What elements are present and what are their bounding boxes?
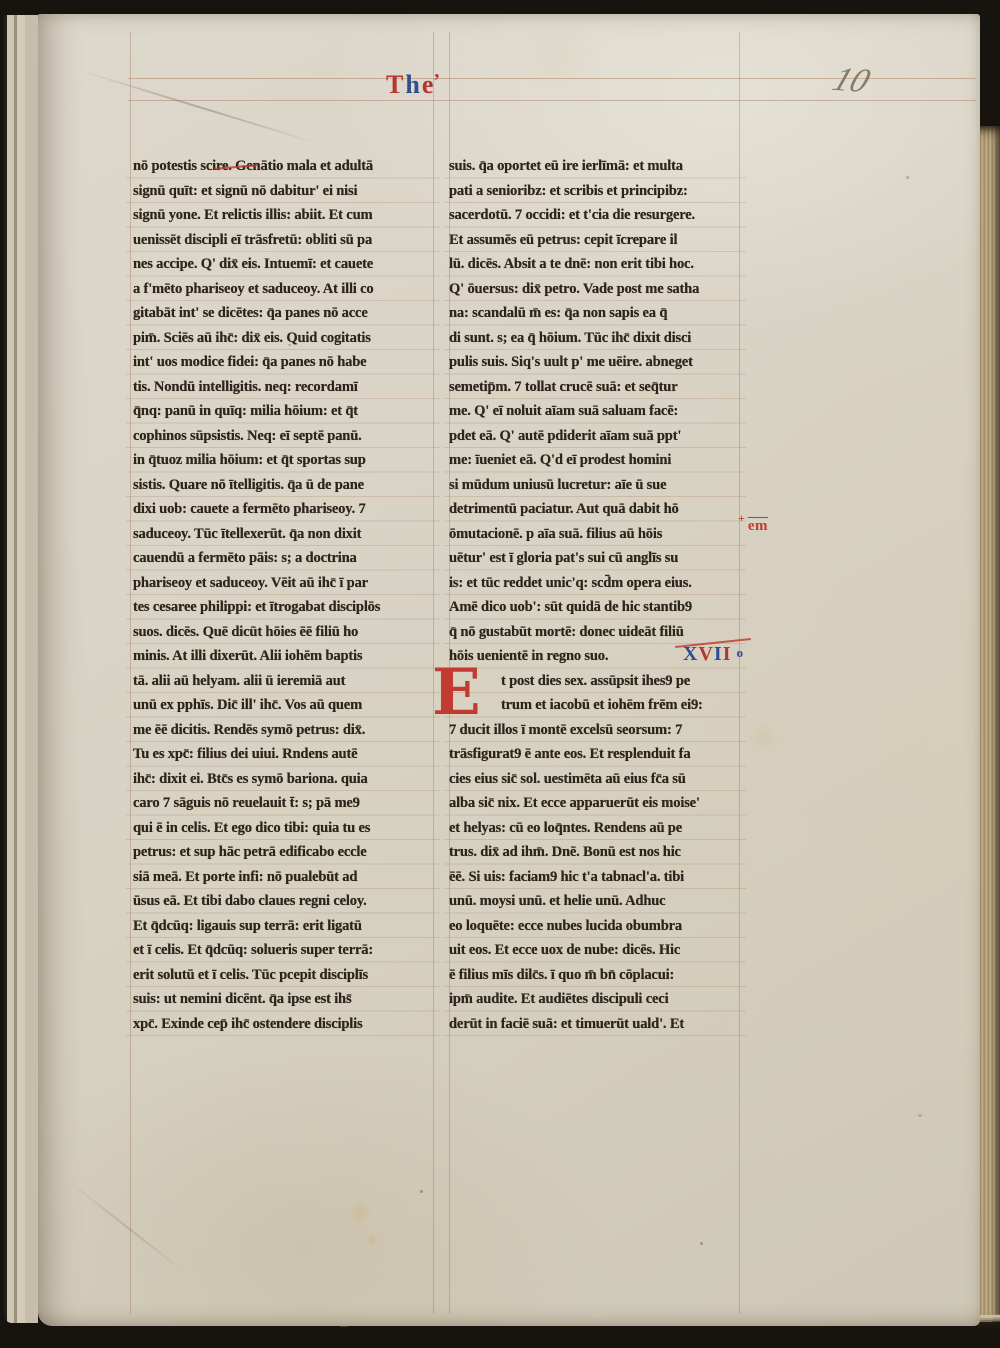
manuscript-text-line: derūt in faciē suā: et timuerūt uald'. E… bbox=[449, 1012, 747, 1037]
running-title-letter: h bbox=[405, 70, 421, 99]
manuscript-text-line: phariseoy et saduceoy. Vēit aū ihc̄ ī pa… bbox=[133, 571, 437, 596]
manuscript-text-line: cophinos sūpsistis. Neq: eī septē panū. bbox=[133, 424, 437, 449]
folio-number: 10 bbox=[827, 61, 874, 101]
manuscript-text-line: int' uos modice fidei: q̄a panes nō habe bbox=[133, 350, 437, 375]
manuscript-text-line: ihc̄: dixit ei. Btc̄s es symō bariona. q… bbox=[133, 767, 437, 792]
manuscript-text-line: et ī celis. Et q̄dcūq: solueris super te… bbox=[133, 938, 437, 963]
book-fore-edge bbox=[978, 126, 1000, 1328]
manuscript-text-line: signū yone. Et relictis illis: abiit. Et… bbox=[133, 203, 437, 228]
manuscript-text-line: ōmutacionē. p aīa suā. filius aū hōis bbox=[449, 522, 747, 547]
manuscript-text-line: Tu es xpc̄: filius dei uiui. Rndens autē bbox=[133, 742, 437, 767]
manuscript-text-line: uētur' est ī gloria pat's sui cū anglīs … bbox=[449, 546, 747, 571]
manuscript-text-line: semetip̄m. 7 tollat crucē suā: et seq̄tu… bbox=[449, 375, 747, 400]
manuscript-text-line: erit solutū et ī celis. Tūc pcepit disci… bbox=[133, 963, 437, 988]
manuscript-text-line: Amē dico uob': sūt quidā de hic stantib9 bbox=[449, 595, 747, 620]
manuscript-text-line: q̄ nō gustabūt mortē: donec uideāt filiū bbox=[449, 620, 747, 645]
manuscript-text-line: me. Q' eī noluit aīam suā saluam facē: bbox=[449, 399, 747, 424]
parchment-fleck bbox=[700, 1242, 703, 1245]
chapter-number-flourish: o bbox=[737, 645, 745, 660]
parchment-fleck bbox=[918, 1114, 922, 1117]
manuscript-text-line: tis. Nondū intelligitis. neq: recordamī bbox=[133, 375, 437, 400]
manuscript-text-line: eo loquēte: ecce nubes lucida obumbra bbox=[449, 914, 747, 939]
manuscript-text-line: cies eius sic̄ sol. uestimēta aū eius fc… bbox=[449, 767, 747, 792]
manuscript-text-line: saduceoy. Tūc ītellexerūt. q̄a non dixit bbox=[133, 522, 437, 547]
manuscript-text-line: ūsus eā. Et tibi dabo claues regni celoy… bbox=[133, 889, 437, 914]
parchment-fleck bbox=[288, 344, 291, 346]
parchment-crease bbox=[79, 69, 319, 144]
manuscript-text-line: sacerdotū. 7 occidi: et t'cia die resurg… bbox=[449, 203, 747, 228]
manuscript-text-line: me ēē dicitis. Rendēs symō petrus: dix̄. bbox=[133, 718, 437, 743]
manuscript-photo: { "folio_number": "10", "running_title":… bbox=[0, 0, 1000, 1348]
chapter-number-xvii: XVIIo bbox=[683, 643, 744, 669]
manuscript-text-line: suis. q̄a oportet eū ire ierlīmā: et mul… bbox=[449, 154, 747, 179]
marginal-correction-note: +em bbox=[738, 511, 768, 535]
running-title-flourish: ’ bbox=[433, 70, 442, 92]
manuscript-text-line: trus. dix̄ ad ihm̄. Dnē. Bonū est nos hi… bbox=[449, 840, 747, 865]
manuscript-text-line: 7 ducit illos ī montē excelsū seorsum: 7 bbox=[449, 718, 747, 743]
manuscript-text-line: t post dies sex. assūpsit ihes9 pe bbox=[449, 669, 747, 694]
manuscript-text-line: pim̄. Sciēs aū ihc̄: dix̄ eis. Quid cogi… bbox=[133, 326, 437, 351]
manuscript-text-line: na: scandalū m̄ es: q̄a non sapis ea q̄ bbox=[449, 301, 747, 326]
chapter-number-letter: V bbox=[698, 643, 713, 665]
manuscript-text-line: detrimentū paciatur. Aut quā dabit hō bbox=[449, 497, 747, 522]
manuscript-text-line: pati a senioribz: et scribis et principi… bbox=[449, 179, 747, 204]
text-column-1: nō potestis scire. Genātio mala et adult… bbox=[133, 154, 437, 1036]
running-title: The’ bbox=[386, 70, 442, 104]
manuscript-text-line: alba sic̄ nix. Et ecce apparuerūt eis mo… bbox=[449, 791, 747, 816]
manuscript-text-line: nō potestis scire. Genātio mala et adult… bbox=[133, 154, 437, 179]
manuscript-text-line: unū. moysi unū. et helie unū. Adhuc bbox=[449, 889, 747, 914]
manuscript-text-line: pulis suis. Siq's uult p' me uēire. abne… bbox=[449, 350, 747, 375]
manuscript-text-line: Et assumēs eū petrus: cepit īcrepare il bbox=[449, 228, 747, 253]
manuscript-text-line: caro 7 sāguis nō reuelauit t̄: s; pā me9 bbox=[133, 791, 437, 816]
manuscript-text-line: cauendū a fermēto pāis: s; a doctrina bbox=[133, 546, 437, 571]
chapter-number-letter: I bbox=[723, 643, 732, 665]
manuscript-text-line: in q̄tuoz milia hōium: et q̄t sportas su… bbox=[133, 448, 437, 473]
manuscript-text-line: lū. dicēs. Absit a te dnē: non erit tibi… bbox=[449, 252, 747, 277]
manuscript-text-line: siā meā. Et porte infi: nō pualebūt ad bbox=[133, 865, 437, 890]
manuscript-text-line: ipm̄ audite. Et audiētes discipuli ceci bbox=[449, 987, 747, 1012]
manuscript-text-line: me: īueniet eā. Q'd eī prodest homini bbox=[449, 448, 747, 473]
manuscript-text-line: uit eos. Et ecce uox de nube: dicēs. Hic bbox=[449, 938, 747, 963]
text-column-2: suis. q̄a oportet eū ire ierlīmā: et mul… bbox=[449, 154, 747, 1036]
manuscript-page: The’ 10 nō potestis scire. Genātio mala … bbox=[38, 14, 980, 1326]
manuscript-text-line: suos. dicēs. Quē dicūt hōies ēē filiū ho bbox=[133, 620, 437, 645]
manuscript-text-line: qui ē in celis. Et ego dico tibi: quia t… bbox=[133, 816, 437, 841]
manuscript-text-line: ēē. Si uis: faciam9 hic t'a tabnacl'a. t… bbox=[449, 865, 747, 890]
marginal-note-text: em bbox=[748, 518, 768, 534]
manuscript-text-line: unū ex pphīs. Dic̄ ill' ihc̄. Vos aū que… bbox=[133, 693, 437, 718]
manuscript-text-line: et helyas: cū eo loq̄ntes. Rendens aū pe bbox=[449, 816, 747, 841]
manuscript-text-line: trāsfigurat9 ē ante eos. Et resplenduit … bbox=[449, 742, 747, 767]
running-title-letter: T bbox=[386, 70, 405, 99]
manuscript-text-line: di sunt. s; ea q̄ hōium. Tūc ihc̄ dixit … bbox=[449, 326, 747, 351]
manuscript-text-line: sistis. Quare nō ītelligitis. q̄a ū de p… bbox=[133, 473, 437, 498]
manuscript-text-line: gitabāt int' se dicētes: q̄a panes nō ac… bbox=[133, 301, 437, 326]
parchment-fleck bbox=[420, 1190, 423, 1193]
manuscript-text-line: ē filius mīs dilc̄s. ī quo m̄ bn̄ cōplac… bbox=[449, 963, 747, 988]
manuscript-text-line: xpc̄. Exinde cep̄ ihc̄ ostendere discipl… bbox=[133, 1012, 437, 1037]
manuscript-text-line: signū quīt: et signū nō dabitur' ei nisi bbox=[133, 179, 437, 204]
manuscript-text-line: Q' ōuersus: dix̄ petro. Vade post me sat… bbox=[449, 277, 747, 302]
manuscript-text-line: nes accipe. Q' dix̄ eis. Intuemī: et cau… bbox=[133, 252, 437, 277]
chapter-number-letter: I bbox=[714, 643, 723, 665]
manuscript-text-line: uenissēt discipli eī trāsfretū: obliti s… bbox=[133, 228, 437, 253]
manuscript-text-line: suis: ut nemini dicēnt. q̄a ipse est ihs… bbox=[133, 987, 437, 1012]
book-gutter-edge bbox=[4, 15, 38, 1323]
manuscript-text-line: a f'mēto phariseoy et saduceoy. At illi … bbox=[133, 277, 437, 302]
manuscript-text-line: q̄nq: panū in quīq: milia hōium: et q̄t bbox=[133, 399, 437, 424]
insertion-mark: + bbox=[738, 511, 745, 525]
ruling-horizontal-line bbox=[128, 100, 976, 101]
manuscript-text-line: pdet eā. Q' autē pdiderit aīam suā ppt' bbox=[449, 424, 747, 449]
manuscript-text-line: minis. At illi dixerūt. Alii iohēm bapti… bbox=[133, 644, 437, 669]
manuscript-text-line: si mūdum uniusū lucretur: aīe ū sue bbox=[449, 473, 747, 498]
manuscript-text-line: trum et iacobū et iohēm frēm ei9: bbox=[449, 693, 747, 718]
manuscript-text-line: petrus: et sup hāc petrā edificabo eccle bbox=[133, 840, 437, 865]
manuscript-text-line: tes cesaree philippi: et ītrogabat disci… bbox=[133, 595, 437, 620]
parchment-fleck bbox=[906, 176, 909, 179]
chapter-initial-e: E bbox=[432, 660, 488, 730]
manuscript-text-line: Et q̄dcūq: ligauis sup terrā: erit ligat… bbox=[133, 914, 437, 939]
manuscript-text-line: tā. alii aū helyam. alii ū ieremiā aut bbox=[133, 669, 437, 694]
manuscript-text-line: is: et tūc reddet unic'q: scd̄m opera ei… bbox=[449, 571, 747, 596]
manuscript-text-line: dixi uob: cauete a fermēto phariseoy. 7 bbox=[133, 497, 437, 522]
parchment-crease bbox=[67, 1180, 186, 1274]
